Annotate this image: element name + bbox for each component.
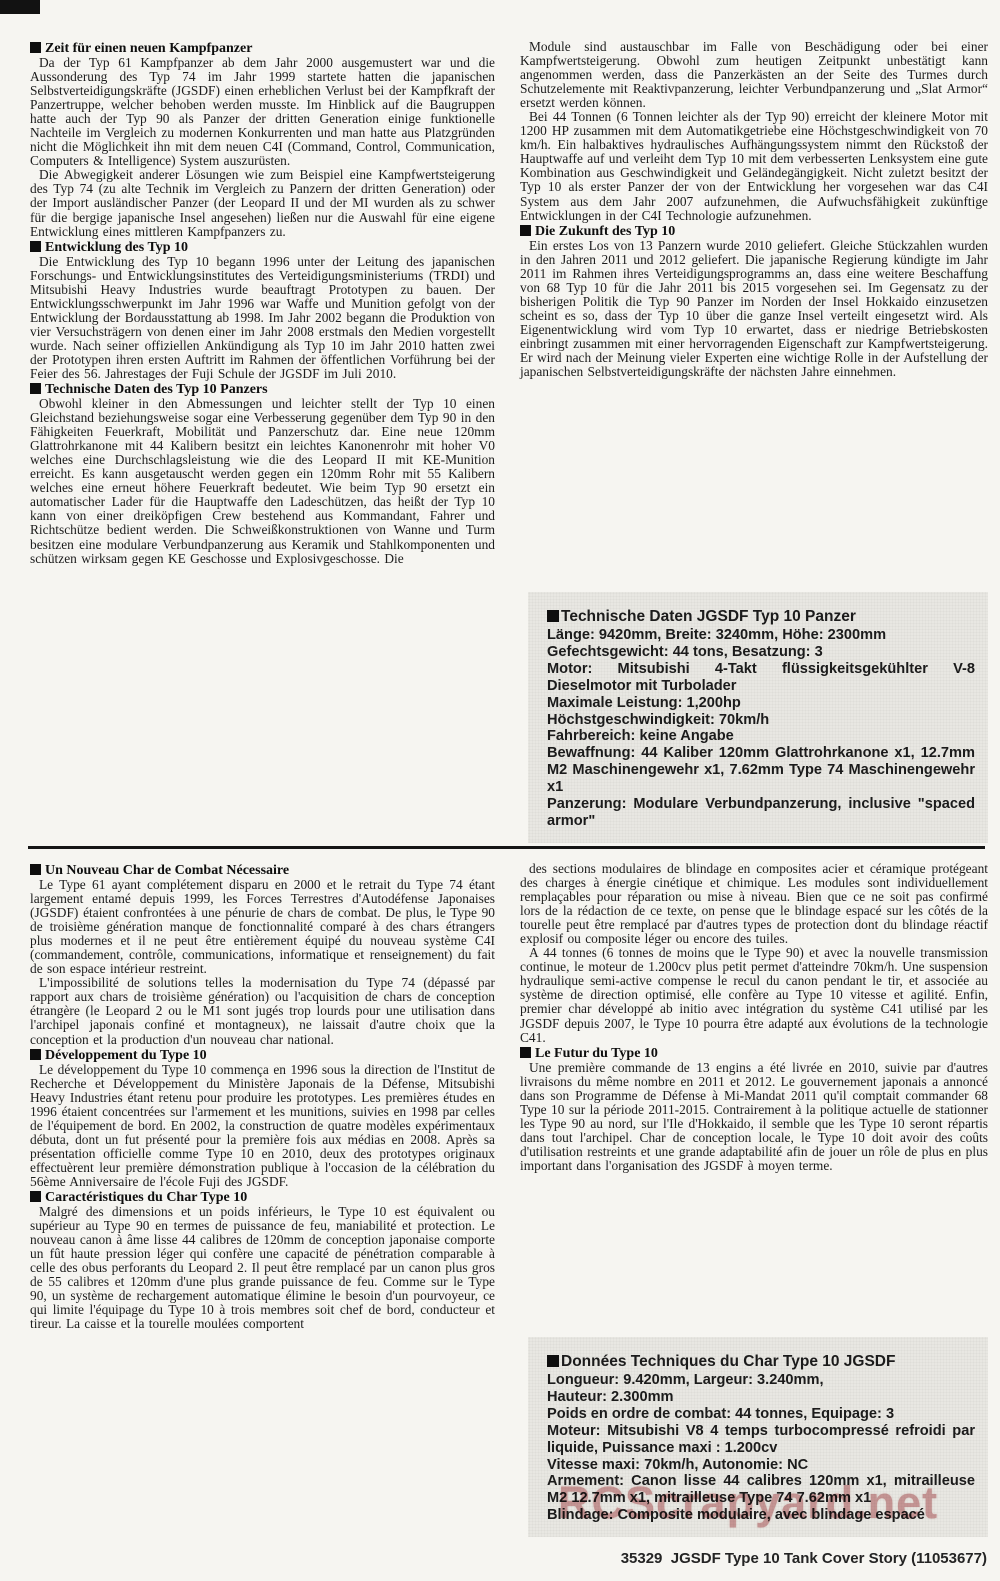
section-marker-icon bbox=[30, 42, 41, 53]
paragraph: L'impossibilité de solutions telles la m… bbox=[30, 976, 495, 1046]
spec-line: Panzerung: Modulare Verbundpanzerung, in… bbox=[547, 796, 975, 830]
section-heading-text: Entwicklung des Typ 10 bbox=[45, 240, 188, 255]
spec-line: Vitesse maxi: 70km/h, Autonomie: NC bbox=[547, 1457, 975, 1474]
section-marker-icon bbox=[30, 864, 41, 875]
scan-artifact bbox=[0, 0, 40, 14]
section-heading: Technische Daten des Typ 10 Panzers bbox=[30, 382, 495, 397]
section-marker-icon bbox=[547, 1355, 559, 1367]
section-divider bbox=[28, 846, 985, 849]
french-article-section: Un Nouveau Char de Combat Nécessaire Le … bbox=[30, 862, 988, 1552]
section-heading-text: Le Futur du Type 10 bbox=[535, 1046, 658, 1061]
section-marker-icon bbox=[520, 225, 531, 236]
spec-line: Moteur: Mitsubishi V8 4 temps turbocompr… bbox=[547, 1423, 975, 1457]
paragraph: Obwohl kleiner in den Abmessungen und le… bbox=[30, 397, 495, 566]
section-heading-text: Caractéristiques du Char Type 10 bbox=[45, 1190, 247, 1205]
section-marker-icon bbox=[30, 383, 41, 394]
section-marker-icon bbox=[30, 1049, 41, 1060]
footer-caption: 35329 JGSDF Type 10 Tank Cover Story (11… bbox=[621, 1550, 987, 1567]
spec-line: Hauteur: 2.300mm bbox=[547, 1389, 975, 1406]
german-right-column: Module sind austauschbar im Falle von Be… bbox=[520, 40, 988, 846]
spec-line: Longueur: 9.420mm, Largeur: 3.240mm, bbox=[547, 1372, 975, 1389]
paragraph: Bei 44 Tonnen (6 Tonnen leichter als der… bbox=[520, 110, 988, 222]
section-heading-text: Technische Daten des Typ 10 Panzers bbox=[45, 382, 268, 397]
spec-line: Poids en ordre de combat: 44 tonnes, Equ… bbox=[547, 1406, 975, 1423]
spec-line: Bewaffnung: 44 Kaliber 120mm Glattrohrka… bbox=[547, 745, 975, 796]
spec-line: Fahrbereich: keine Angabe bbox=[547, 728, 975, 745]
french-right-column: des sections modulaires de blindage en c… bbox=[520, 862, 988, 1552]
section-heading-text: Développement du Type 10 bbox=[45, 1048, 207, 1063]
paragraph: Module sind austauschbar im Falle von Be… bbox=[520, 40, 988, 110]
paragraph: Le développement du Type 10 commença en … bbox=[30, 1063, 495, 1189]
section-heading: Zeit für einen neuen Kampfpanzer bbox=[30, 41, 495, 56]
paragraph: Da der Typ 61 Kampfpanzer ab dem Jahr 20… bbox=[30, 56, 495, 168]
section-marker-icon bbox=[520, 1047, 531, 1058]
section-marker-icon bbox=[30, 241, 41, 252]
section-heading: Entwicklung des Typ 10 bbox=[30, 240, 495, 255]
section-marker-icon bbox=[547, 610, 559, 622]
section-heading: Die Zukunft des Typ 10 bbox=[520, 224, 988, 239]
paragraph: Die Abwegigkeit anderer Lösungen wie zum… bbox=[30, 168, 495, 238]
spec-line: Motor: Mitsubishi 4-Takt flüssigkeitsgek… bbox=[547, 661, 975, 695]
paragraph: Le Type 61 ayant complétement disparu en… bbox=[30, 878, 495, 976]
paragraph: Die Entwicklung des Typ 10 begann 1996 u… bbox=[30, 255, 495, 381]
section-heading: Développement du Type 10 bbox=[30, 1048, 495, 1063]
section-marker-icon bbox=[30, 1191, 41, 1202]
section-heading: Caractéristiques du Char Type 10 bbox=[30, 1190, 495, 1205]
paragraph: Ein erstes Los von 13 Panzern wurde 2010… bbox=[520, 239, 988, 379]
german-specs-box: Technische Daten JGSDF Typ 10 Panzer Län… bbox=[528, 592, 988, 843]
paragraph: A 44 tonnes (6 tonnes de moins que le Ty… bbox=[520, 946, 988, 1044]
section-heading: Le Futur du Type 10 bbox=[520, 1046, 988, 1061]
spec-line: Maximale Leistung: 1,200hp bbox=[547, 695, 975, 712]
spec-line: Länge: 9420mm, Breite: 3240mm, Höhe: 230… bbox=[547, 627, 975, 644]
spec-line: Höchstgeschwindigkeit: 70km/h bbox=[547, 712, 975, 729]
spec-line: Gefechtsgewicht: 44 tons, Besatzung: 3 bbox=[547, 644, 975, 661]
specs-box-title: Technische Daten JGSDF Typ 10 Panzer bbox=[547, 607, 975, 626]
section-heading-text: Zeit für einen neuen Kampfpanzer bbox=[45, 41, 252, 56]
paragraph: des sections modulaires de blindage en c… bbox=[520, 862, 988, 946]
specs-box-title-text: Technische Daten JGSDF Typ 10 Panzer bbox=[561, 608, 856, 625]
section-heading-text: Un Nouveau Char de Combat Nécessaire bbox=[45, 863, 289, 878]
specs-box-title: Données Techniques du Char Type 10 JGSDF bbox=[547, 1352, 975, 1371]
section-heading-text: Die Zukunft des Typ 10 bbox=[535, 224, 675, 239]
german-article-section: Zeit für einen neuen Kampfpanzer Da der … bbox=[30, 40, 988, 846]
watermark: RCScrapyard.net bbox=[558, 1477, 938, 1529]
paragraph: Malgré des dimensions et un poids inféri… bbox=[30, 1205, 495, 1331]
paragraph: Une première commande de 13 engins a été… bbox=[520, 1061, 988, 1173]
german-left-column: Zeit für einen neuen Kampfpanzer Da der … bbox=[30, 40, 495, 846]
section-heading: Un Nouveau Char de Combat Nécessaire bbox=[30, 863, 495, 878]
specs-box-title-text: Données Techniques du Char Type 10 JGSDF bbox=[561, 1353, 895, 1370]
french-left-column: Un Nouveau Char de Combat Nécessaire Le … bbox=[30, 862, 495, 1552]
